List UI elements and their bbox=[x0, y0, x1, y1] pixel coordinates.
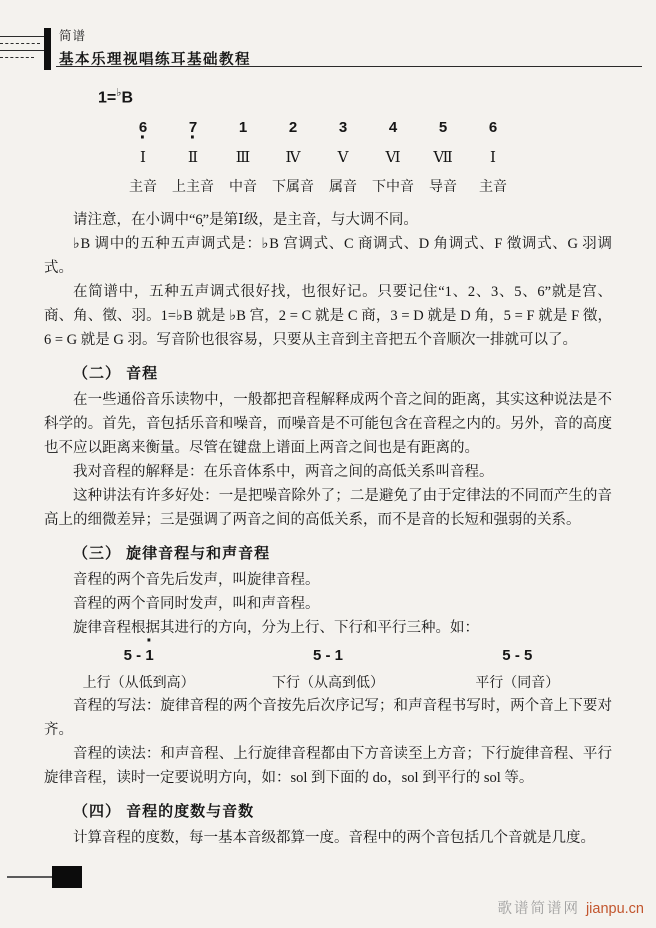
section2-paragraph: 在一些通俗音乐读物中，一般都把音程解释成两个音之间的距离，其实这种说法是不科学的… bbox=[44, 388, 612, 460]
scale-degree-column: 6· Ⅰ 主音 bbox=[118, 119, 168, 196]
section-heading-2: （二） 音程 bbox=[44, 362, 612, 383]
scale-number: 1 bbox=[239, 119, 247, 137]
scale-roman: Ⅴ bbox=[318, 148, 368, 167]
scale-roman: Ⅲ bbox=[218, 148, 268, 167]
decorative-line bbox=[0, 43, 40, 44]
paragraph-note: 请注意，在小调中“6̣”是第Ⅰ级，是主音，与大调不同。 bbox=[44, 208, 612, 232]
watermark-url: jianpu.cn bbox=[586, 901, 644, 917]
scale-name: 上主音 bbox=[168, 176, 218, 196]
section-heading-3: （三） 旋律音程与和声音程 bbox=[44, 542, 612, 563]
scale-degree-column: 1 Ⅲ 中音 bbox=[218, 119, 268, 196]
series-label: 简谱 bbox=[59, 26, 251, 44]
scale-degree-column: 3 Ⅴ 属音 bbox=[318, 119, 368, 196]
header-titles: 简谱 基本乐理视唱练耳基础教程 bbox=[59, 26, 251, 69]
key-signature: 1=♭B bbox=[98, 86, 612, 107]
section3-paragraph: 音程的两个音同时发声，叫和声音程。 bbox=[44, 592, 612, 616]
scale-degree-column: 6 Ⅰ 主音 bbox=[468, 119, 518, 196]
interval-notation: 5 - 1· bbox=[124, 647, 154, 664]
section3-paragraph: 音程的两个音先后发声，叫旋律音程。 bbox=[44, 568, 612, 592]
scale-number: 2 bbox=[289, 119, 297, 137]
watermark-site-name: 歌谱简谱网 bbox=[497, 901, 580, 917]
scale-number: 3 bbox=[339, 119, 347, 137]
page-content: 1=♭B 6· Ⅰ 主音 7· Ⅱ 上主音 1 Ⅲ 中音 2 Ⅳ 下属音 bbox=[0, 74, 656, 850]
scale-roman: Ⅶ bbox=[418, 148, 468, 167]
interval-example-parallel: 5 - 5 平行（同音） bbox=[423, 647, 612, 692]
section3-paragraph: 音程的读法：和声音程、上行旋律音程都由下方音读至上方音；下行旋律音程、平行旋律音… bbox=[44, 742, 612, 790]
low-octave-dot: · bbox=[190, 133, 197, 143]
high-octave-dot: · bbox=[146, 636, 153, 646]
key-prefix: 1= bbox=[98, 89, 116, 106]
scale-number: 7· bbox=[189, 119, 197, 137]
decorative-line bbox=[0, 50, 44, 51]
section2-paragraph: 我对音程的解释是：在乐音体系中，两音之间的高低关系叫音程。 bbox=[44, 460, 612, 484]
paragraph-modes: ♭B 调中的五种五声调式是：♭B 宫调式、C 商调式、D 角调式、F 徵调式、G… bbox=[44, 232, 612, 280]
page-number-line bbox=[7, 876, 53, 878]
interval-label: 上行（从低到高） bbox=[44, 672, 233, 692]
scale-degree-column: 5 Ⅶ 导音 bbox=[418, 119, 468, 196]
interval-label: 下行（从高到低） bbox=[233, 672, 422, 692]
scale-name: 下中音 bbox=[368, 176, 418, 196]
interval-example-descending: 5 - 1 下行（从高到低） bbox=[233, 647, 422, 692]
scale-number: 5 bbox=[439, 119, 447, 137]
decorative-line bbox=[0, 57, 34, 58]
paragraph-jianpu: 在简谱中，五种五声调式很好找，也很好记。只要记住“1、2、3、5、6”就是宫、商… bbox=[44, 280, 612, 352]
scale-number: 6· bbox=[139, 119, 147, 137]
page-number-block bbox=[52, 866, 82, 888]
body-text: 请注意，在小调中“6̣”是第Ⅰ级，是主音，与大调不同。 ♭B 调中的五种五声调式… bbox=[44, 208, 612, 850]
section3-paragraph: 旋律音程根据其进行的方向，分为上行、下行和平行三种。如： bbox=[44, 616, 612, 640]
header-vertical-bar bbox=[44, 28, 51, 70]
page-header: 简谱 基本乐理视唱练耳基础教程 bbox=[0, 28, 656, 72]
header-rule bbox=[56, 66, 642, 67]
scale-name: 主音 bbox=[468, 176, 518, 196]
scale-degree-column: 4 Ⅵ 下中音 bbox=[368, 119, 418, 196]
scale-number: 4 bbox=[389, 119, 397, 137]
header-lines-decoration bbox=[0, 36, 44, 64]
interval-notation: 5 - 5 bbox=[502, 647, 532, 664]
scale-roman: Ⅰ bbox=[468, 148, 518, 167]
low-octave-dot: · bbox=[140, 133, 147, 143]
book-page: 简谱 基本乐理视唱练耳基础教程 1=♭B 6· Ⅰ 主音 7· Ⅱ 上主音 1 … bbox=[0, 0, 656, 928]
interval-notation: 5 - 1 bbox=[313, 647, 343, 664]
site-watermark: 歌谱简谱网jianpu.cn bbox=[497, 897, 644, 918]
section3-paragraph: 音程的写法：旋律音程的两个音按先后次序记写；和声音程书写时，两个音上下要对齐。 bbox=[44, 694, 612, 742]
interval-examples: 5 - 1· 上行（从低到高） 5 - 1 下行（从高到低） 5 - 5 平行（… bbox=[44, 647, 612, 692]
key-note: B bbox=[121, 89, 133, 106]
decorative-line bbox=[0, 36, 44, 37]
section4-paragraph: 计算音程的度数，每一基本音级都算一度。音程中的两个音包括几个音就是几度。 bbox=[44, 826, 612, 850]
section-heading-4: （四） 音程的度数与音数 bbox=[44, 800, 612, 821]
scale-degree-table: 6· Ⅰ 主音 7· Ⅱ 上主音 1 Ⅲ 中音 2 Ⅳ 下属音 3 Ⅴ bbox=[118, 119, 612, 196]
scale-roman: Ⅳ bbox=[268, 148, 318, 167]
interval-label: 平行（同音） bbox=[423, 672, 612, 692]
scale-name: 下属音 bbox=[268, 176, 318, 196]
scale-number: 6 bbox=[489, 119, 497, 137]
section2-paragraph: 这种讲法有许多好处：一是把噪音除外了；二是避免了由于定律法的不同而产生的音高上的… bbox=[44, 484, 612, 532]
scale-name: 属音 bbox=[318, 176, 368, 196]
scale-degree-column: 2 Ⅳ 下属音 bbox=[268, 119, 318, 196]
scale-name: 主音 bbox=[118, 176, 168, 196]
scale-roman: Ⅵ bbox=[368, 148, 418, 167]
interval-example-ascending: 5 - 1· 上行（从低到高） bbox=[44, 647, 233, 692]
scale-roman: Ⅰ bbox=[118, 148, 168, 167]
scale-roman: Ⅱ bbox=[168, 148, 218, 167]
scale-name: 中音 bbox=[218, 176, 268, 196]
scale-name: 导音 bbox=[418, 176, 468, 196]
scale-degree-column: 7· Ⅱ 上主音 bbox=[168, 119, 218, 196]
